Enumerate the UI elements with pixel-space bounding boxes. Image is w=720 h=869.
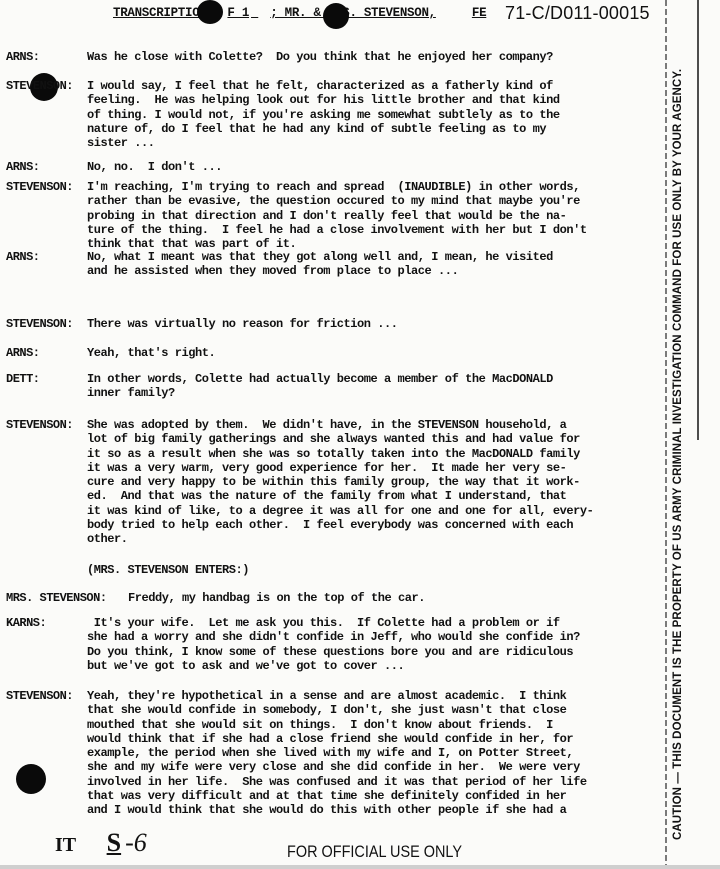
- dialogue-text: I'm reaching, I'm trying to reach and sp…: [87, 180, 647, 251]
- margin-line: [665, 0, 667, 869]
- speaker-label: KARNS:: [6, 616, 84, 630]
- speaker-label: ARNS:: [6, 250, 84, 264]
- speaker-label: ARNS:: [6, 346, 84, 360]
- dialogue-text: Yeah, they're hypothetical in a sense an…: [87, 689, 647, 818]
- punch-hole-left-2: [16, 764, 46, 794]
- dialogue-text: She was adopted by them. We didn't have,…: [87, 418, 647, 547]
- speaker-label: STEVENSON:: [6, 79, 84, 93]
- speaker-label: STEVENSON:: [6, 317, 84, 331]
- punch-hole-top-1: [197, 0, 223, 24]
- side-notice: CAUTION — THIS DOCUMENT IS THE PROPERTY …: [672, 69, 684, 840]
- speaker-label: STEVENSON:: [6, 418, 84, 432]
- speaker-label: DETT:: [6, 372, 84, 386]
- dialogue-text: No, no. I don't ...: [87, 160, 647, 174]
- document-number: 71-C/D011-00015: [505, 3, 650, 24]
- speaker-label: ARNS:: [6, 160, 84, 174]
- document-page: TRANSCRIPTIOF 1 ; MR. & MRS. STEVENSON,F…: [0, 0, 720, 869]
- dialogue-text: Yeah, that's right.: [87, 346, 647, 360]
- scan-edge: [0, 865, 720, 869]
- header-title-3: ; MR. & MRS. STEVENSON,: [270, 6, 436, 20]
- speaker-label: STEVENSON:: [6, 689, 84, 703]
- transcript-header: TRANSCRIPTIOF 1 ; MR. & MRS. STEVENSON,F…: [113, 6, 488, 20]
- dialogue-text: It's your wife. Let me ask you this. If …: [87, 616, 647, 673]
- header-title-4: FE: [472, 6, 486, 20]
- footer-left-mark: IT: [55, 834, 76, 856]
- dialogue-text: Freddy, my handbag is on the top of the …: [128, 591, 688, 605]
- header-title-2: F 1: [227, 6, 249, 20]
- margin-line-right: [697, 0, 699, 440]
- speaker-label: STEVENSON:: [6, 180, 84, 194]
- speaker-label: ARNS:: [6, 50, 84, 64]
- dialogue-text: I would say, I feel that he felt, charac…: [87, 79, 647, 150]
- dialogue-text: In other words, Colette had actually bec…: [87, 372, 647, 401]
- page-letter: S: [107, 828, 121, 857]
- speaker-label: MRS. STEVENSON:: [6, 591, 107, 605]
- page-stamp: IT S-6: [55, 828, 147, 858]
- dialogue-text: There was virtually no reason for fricti…: [87, 317, 647, 331]
- dialogue-text: No, what I meant was that they got along…: [87, 250, 647, 279]
- dialogue-text: Was he close with Colette? Do you think …: [87, 50, 647, 64]
- classification-label: FOR OFFICIAL USE ONLY: [287, 842, 462, 862]
- punch-hole-top-2: [323, 3, 349, 29]
- dialogue-text: (MRS. STEVENSON ENTERS:): [87, 563, 647, 577]
- header-title-1: TRANSCRIPTIO: [113, 6, 199, 20]
- page-number: -6: [125, 828, 147, 857]
